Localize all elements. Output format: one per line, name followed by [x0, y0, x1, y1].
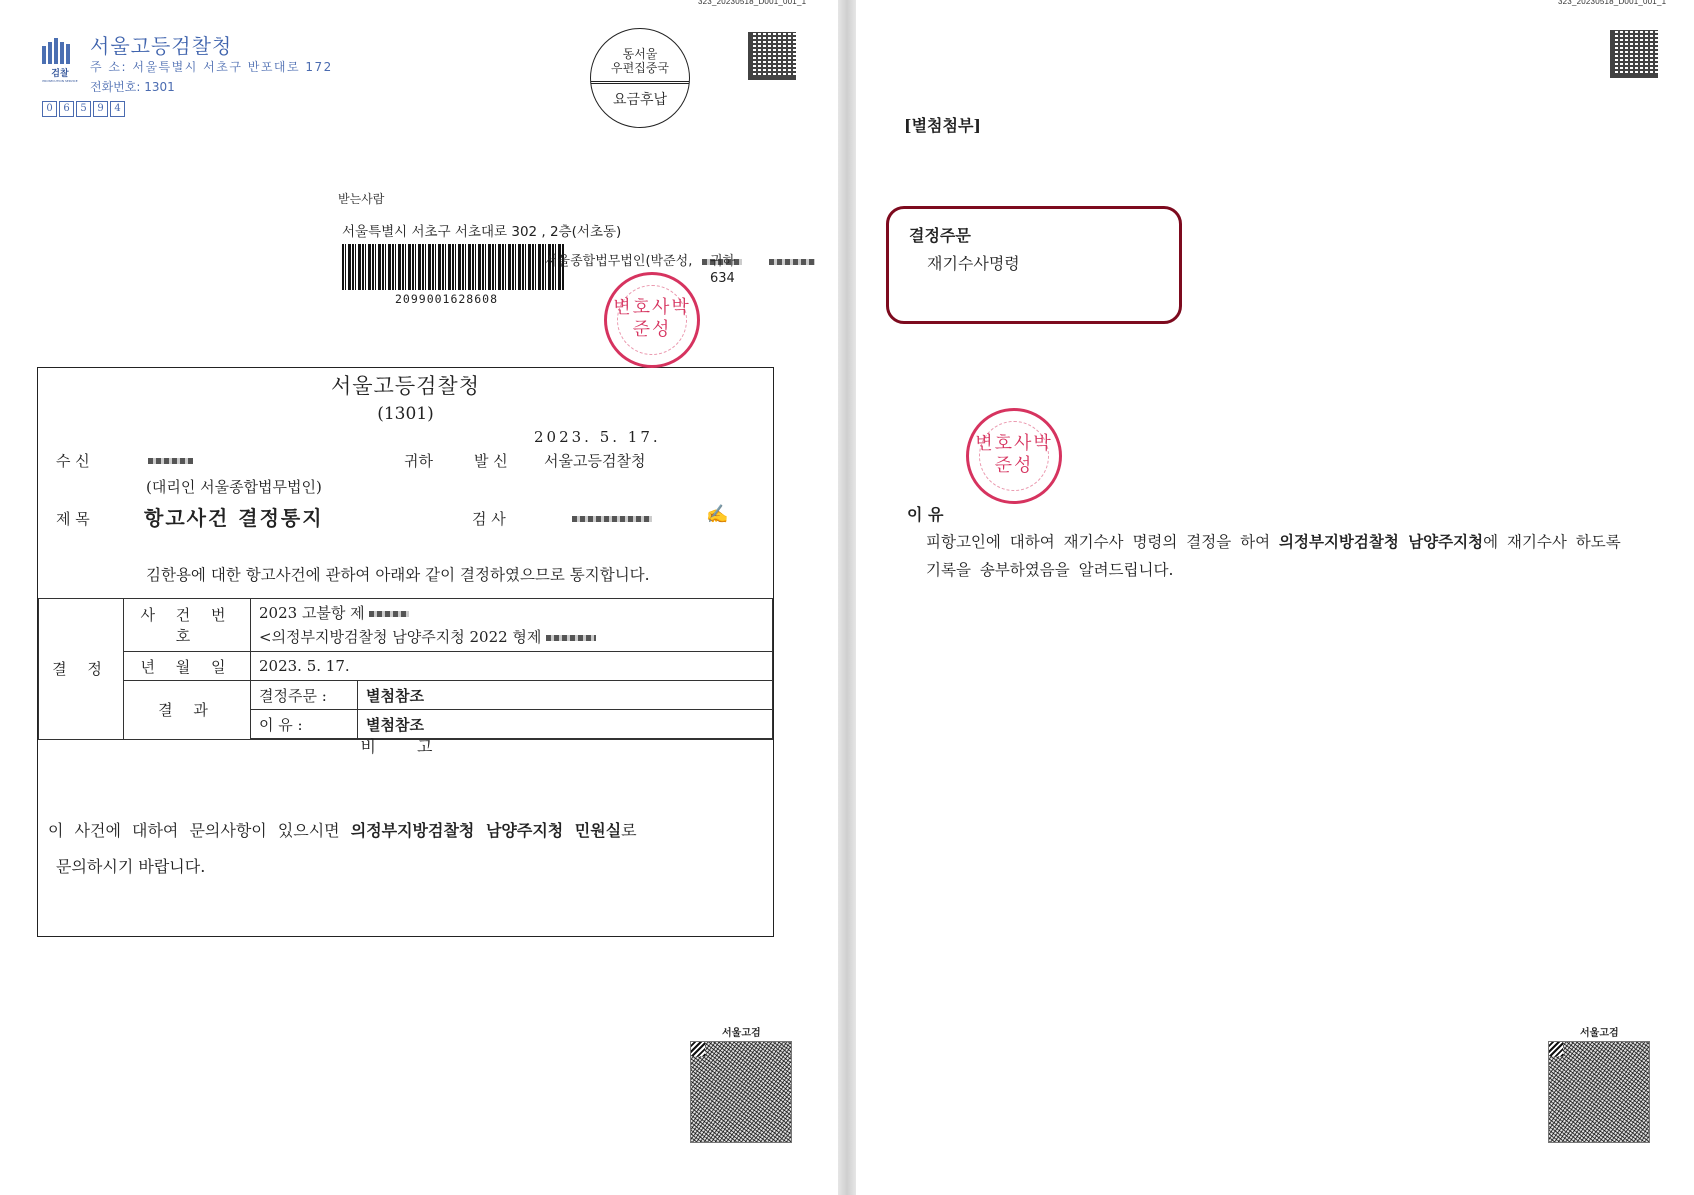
redacted-block: [769, 259, 815, 265]
redacted-block: [546, 635, 596, 641]
file-label: 323_20230518_D001_001_1: [698, 0, 806, 6]
signature-icon: ✍: [706, 504, 728, 525]
from-label: 발 신: [474, 450, 508, 471]
qr-label: 서울고검: [1580, 1024, 1619, 1039]
qr-code-icon: [1548, 1041, 1650, 1143]
sender-org-name: 서울고등검찰청: [90, 30, 232, 59]
datamatrix-code-icon: [748, 32, 796, 80]
case-no-line1: 2023 고불항 제: [259, 604, 365, 622]
datamatrix-code-icon: [1610, 30, 1658, 78]
qr-code-icon: [690, 1041, 792, 1143]
decision-value: 재기수사명령: [927, 251, 1020, 274]
attachment-title: [별첨첨부]: [904, 113, 981, 136]
logo-bars-icon: [42, 38, 78, 64]
result-row-label: 결정주문 :: [251, 681, 358, 710]
from-value: 서울고등검찰청: [544, 450, 645, 471]
recipient-address: 서울특별시 서초구 서초대로 302 , 2층(서초동): [342, 220, 621, 240]
notice-title: 서울고등검찰청: [38, 370, 773, 400]
result-row-value: 별첨참조: [358, 681, 773, 710]
notice-date: 2023. 5. 17.: [534, 428, 661, 446]
case-no-line2: <의정부지방검찰청 남양주지청 2022 형제: [259, 628, 541, 646]
remark-title: 비 고: [38, 734, 773, 757]
reason-text-pre: 피항고인에 대하여 재기수사 명령의 결정을 하여: [926, 533, 1279, 551]
decision-group-label: 결 정: [39, 599, 124, 740]
redacted-prosecutor: [572, 516, 652, 522]
postal-digit: 5: [76, 101, 91, 117]
reason-heading: 이 유: [907, 502, 943, 525]
result-label: 결 과: [124, 681, 251, 740]
postmark-line1: 동서울: [591, 47, 689, 61]
left-page: 323_20230518_D001_001_1 검찰 PROSECUTION S…: [0, 0, 838, 1195]
postmark-stamp: 동서울우편집중국 요금후납: [590, 28, 690, 128]
postal-code: 0 6 5 9 4: [42, 101, 125, 117]
date-label: 년 월 일: [124, 652, 251, 681]
sender-phone: 전화번호: 1301: [90, 78, 175, 95]
postmark-line3: 요금후납: [591, 89, 689, 109]
seal-text: 변호사박준성: [969, 433, 1059, 477]
recipient-name-text: 서울종합법무법인(박준성,: [545, 254, 692, 269]
file-label: 323_20230518_D001_001_1: [1558, 0, 1666, 6]
lawyer-seal-icon: 변호사박준성: [604, 272, 700, 368]
case-no-label: 사 건 번 호: [124, 599, 251, 652]
prosecution-logo: 검찰 PROSECUTION SERVICE: [42, 38, 78, 83]
remark-bold-office: 의정부지방검찰청 남양주지청 민원실: [351, 821, 621, 840]
right-page: 323_20230518_D001_001_1 [별첨첨부] 결정주문 재기수사…: [856, 0, 1694, 1195]
notice-code: (1301): [38, 404, 773, 424]
redacted-block: [369, 611, 409, 617]
remark-line1: 이 사건에 대하여 문의사항이 있으시면 의정부지방검찰청 남양주지청 민원실로: [48, 818, 637, 841]
remark-text: 로: [621, 821, 636, 840]
postal-digit: 4: [110, 101, 125, 117]
remark-text: 이 사건에 대하여 문의사항이 있으시면: [48, 821, 351, 840]
postal-digit: 9: [93, 101, 108, 117]
barcode-icon: [342, 244, 564, 290]
sender-address: 주 소: 서울특별시 서초구 반포대로 172: [90, 58, 333, 75]
recipient-tail: 634: [710, 271, 735, 286]
case-no-value: 2023 고불항 제 <의정부지방검찰청 남양주지청 2022 형제: [251, 599, 773, 652]
agent: (대리인 서울종합법무법인): [146, 476, 322, 497]
decision-highlight-box: 결정주문 재기수사명령: [886, 206, 1182, 324]
to-label: 수 신: [56, 450, 90, 471]
redacted-recipient: [148, 458, 193, 464]
postmark-line2: 우편집중국: [591, 61, 689, 75]
recipient-label: 받는사람: [338, 190, 384, 207]
logo-text: 검찰: [42, 66, 78, 79]
barcode-number: 2099001628608: [395, 292, 498, 306]
logo-subtext: PROSECUTION SERVICE: [42, 79, 78, 83]
decision-table: 결 정 사 건 번 호 2023 고불항 제 <의정부지방검찰청 남양주지청 2…: [38, 598, 773, 740]
postal-digit: 0: [42, 101, 57, 117]
postal-digit: 6: [59, 101, 74, 117]
prosecutor-label: 검 사: [472, 508, 506, 529]
qr-label: 서울고검: [722, 1024, 761, 1039]
to-suffix: 귀하: [404, 450, 433, 471]
subject-label: 제 목: [56, 508, 90, 529]
page-gutter: [838, 0, 856, 1195]
recipient-honorific: 귀하: [710, 250, 735, 269]
seal-text: 변호사박준성: [607, 297, 697, 341]
reason-text: 피항고인에 대하여 재기수사 명령의 결정을 하여 의정부지방검찰청 남양주지청…: [926, 528, 1626, 584]
reason-text-office: 의정부지방검찰청 남양주지청: [1279, 533, 1483, 551]
remark-line2: 문의하시기 바랍니다.: [56, 854, 205, 877]
date-value: 2023. 5. 17.: [251, 652, 773, 681]
lawyer-seal-icon: 변호사박준성: [966, 408, 1062, 504]
recipient-name: 서울종합법무법인(박준성,: [545, 250, 815, 269]
notice-body: 김한용에 대한 항고사건에 관하여 아래와 같이 결정하였으므로 통지합니다.: [146, 563, 650, 585]
subject: 항고사건 결정통지: [144, 502, 324, 531]
decision-heading: 결정주문: [909, 223, 971, 246]
notice-form: 서울고등검찰청 (1301) 2023. 5. 17. 수 신 귀하 발 신 서…: [37, 367, 774, 937]
